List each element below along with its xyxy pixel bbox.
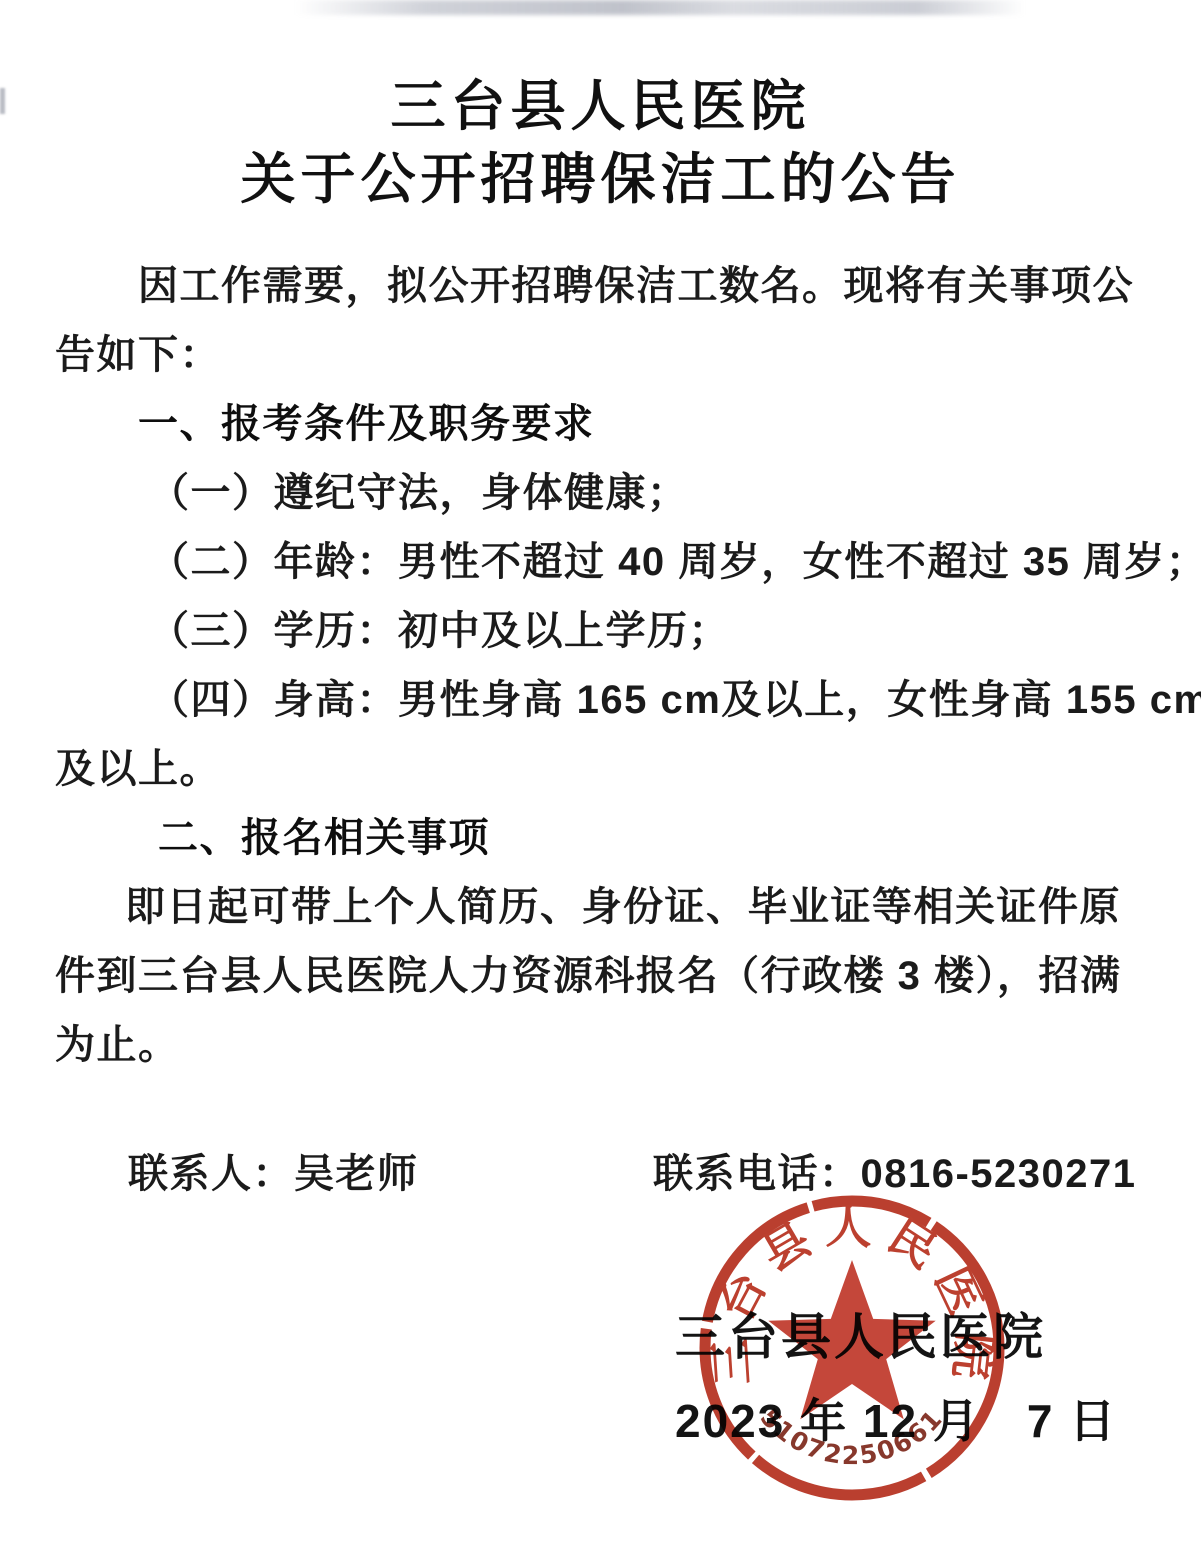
intro-line-1: 因工作需要，拟公开招聘保洁工数名。现将有关事项公 bbox=[55, 252, 1146, 321]
scan-artifact-top bbox=[295, 0, 1025, 15]
section1-item3: （三）学历：初中及以上学历； bbox=[55, 597, 1146, 666]
seal-star-icon bbox=[768, 1260, 935, 1419]
section2-line-1: 即日起可带上个人简历、身份证、毕业证等相关证件原 bbox=[55, 873, 1146, 942]
doc-title-line2: 关于公开招聘保洁工的公告 bbox=[55, 143, 1146, 216]
doc-title: 三台县人民医院 关于公开招聘保洁工的公告 bbox=[55, 70, 1146, 216]
doc-title-line1: 三台县人民医院 bbox=[55, 70, 1146, 143]
section2-line-2: 件到三台县人民医院人力资源科报名（行政楼 3 楼），招满 bbox=[55, 942, 1146, 1011]
section1-item4-line2: 及以上。 bbox=[55, 735, 1146, 804]
signature-date-suffix: 7 日 bbox=[1027, 1395, 1117, 1447]
section1-item4-line1: （四）身高：男性身高 165 cm及以上，女性身高 155 cm bbox=[55, 666, 1146, 735]
section1-item1: （一）遵纪守法，身体健康； bbox=[55, 459, 1146, 528]
intro-line-2: 告如下： bbox=[55, 321, 1146, 390]
signature-block: 三台县人民医院 2023 年 12 月7 日 三台县人民医院 510722506… bbox=[55, 1191, 1146, 1523]
section2-line-3: 为止。 bbox=[55, 1011, 1146, 1080]
document-page: 三台县人民医院 关于公开招聘保洁工的公告 因工作需要，拟公开招聘保洁工数名。现将… bbox=[0, 0, 1201, 1541]
section1-heading: 一、报考条件及职务要求 bbox=[55, 390, 1146, 459]
section1-item2: （二）年龄：男性不超过 40 周岁，女性不超过 35 周岁； bbox=[55, 528, 1146, 597]
scan-artifact-left bbox=[0, 88, 5, 114]
section2-heading: 二、报名相关事项 bbox=[55, 804, 1146, 873]
official-seal-stamp: 三台县人民医院 5107225066107 bbox=[672, 1168, 1032, 1528]
